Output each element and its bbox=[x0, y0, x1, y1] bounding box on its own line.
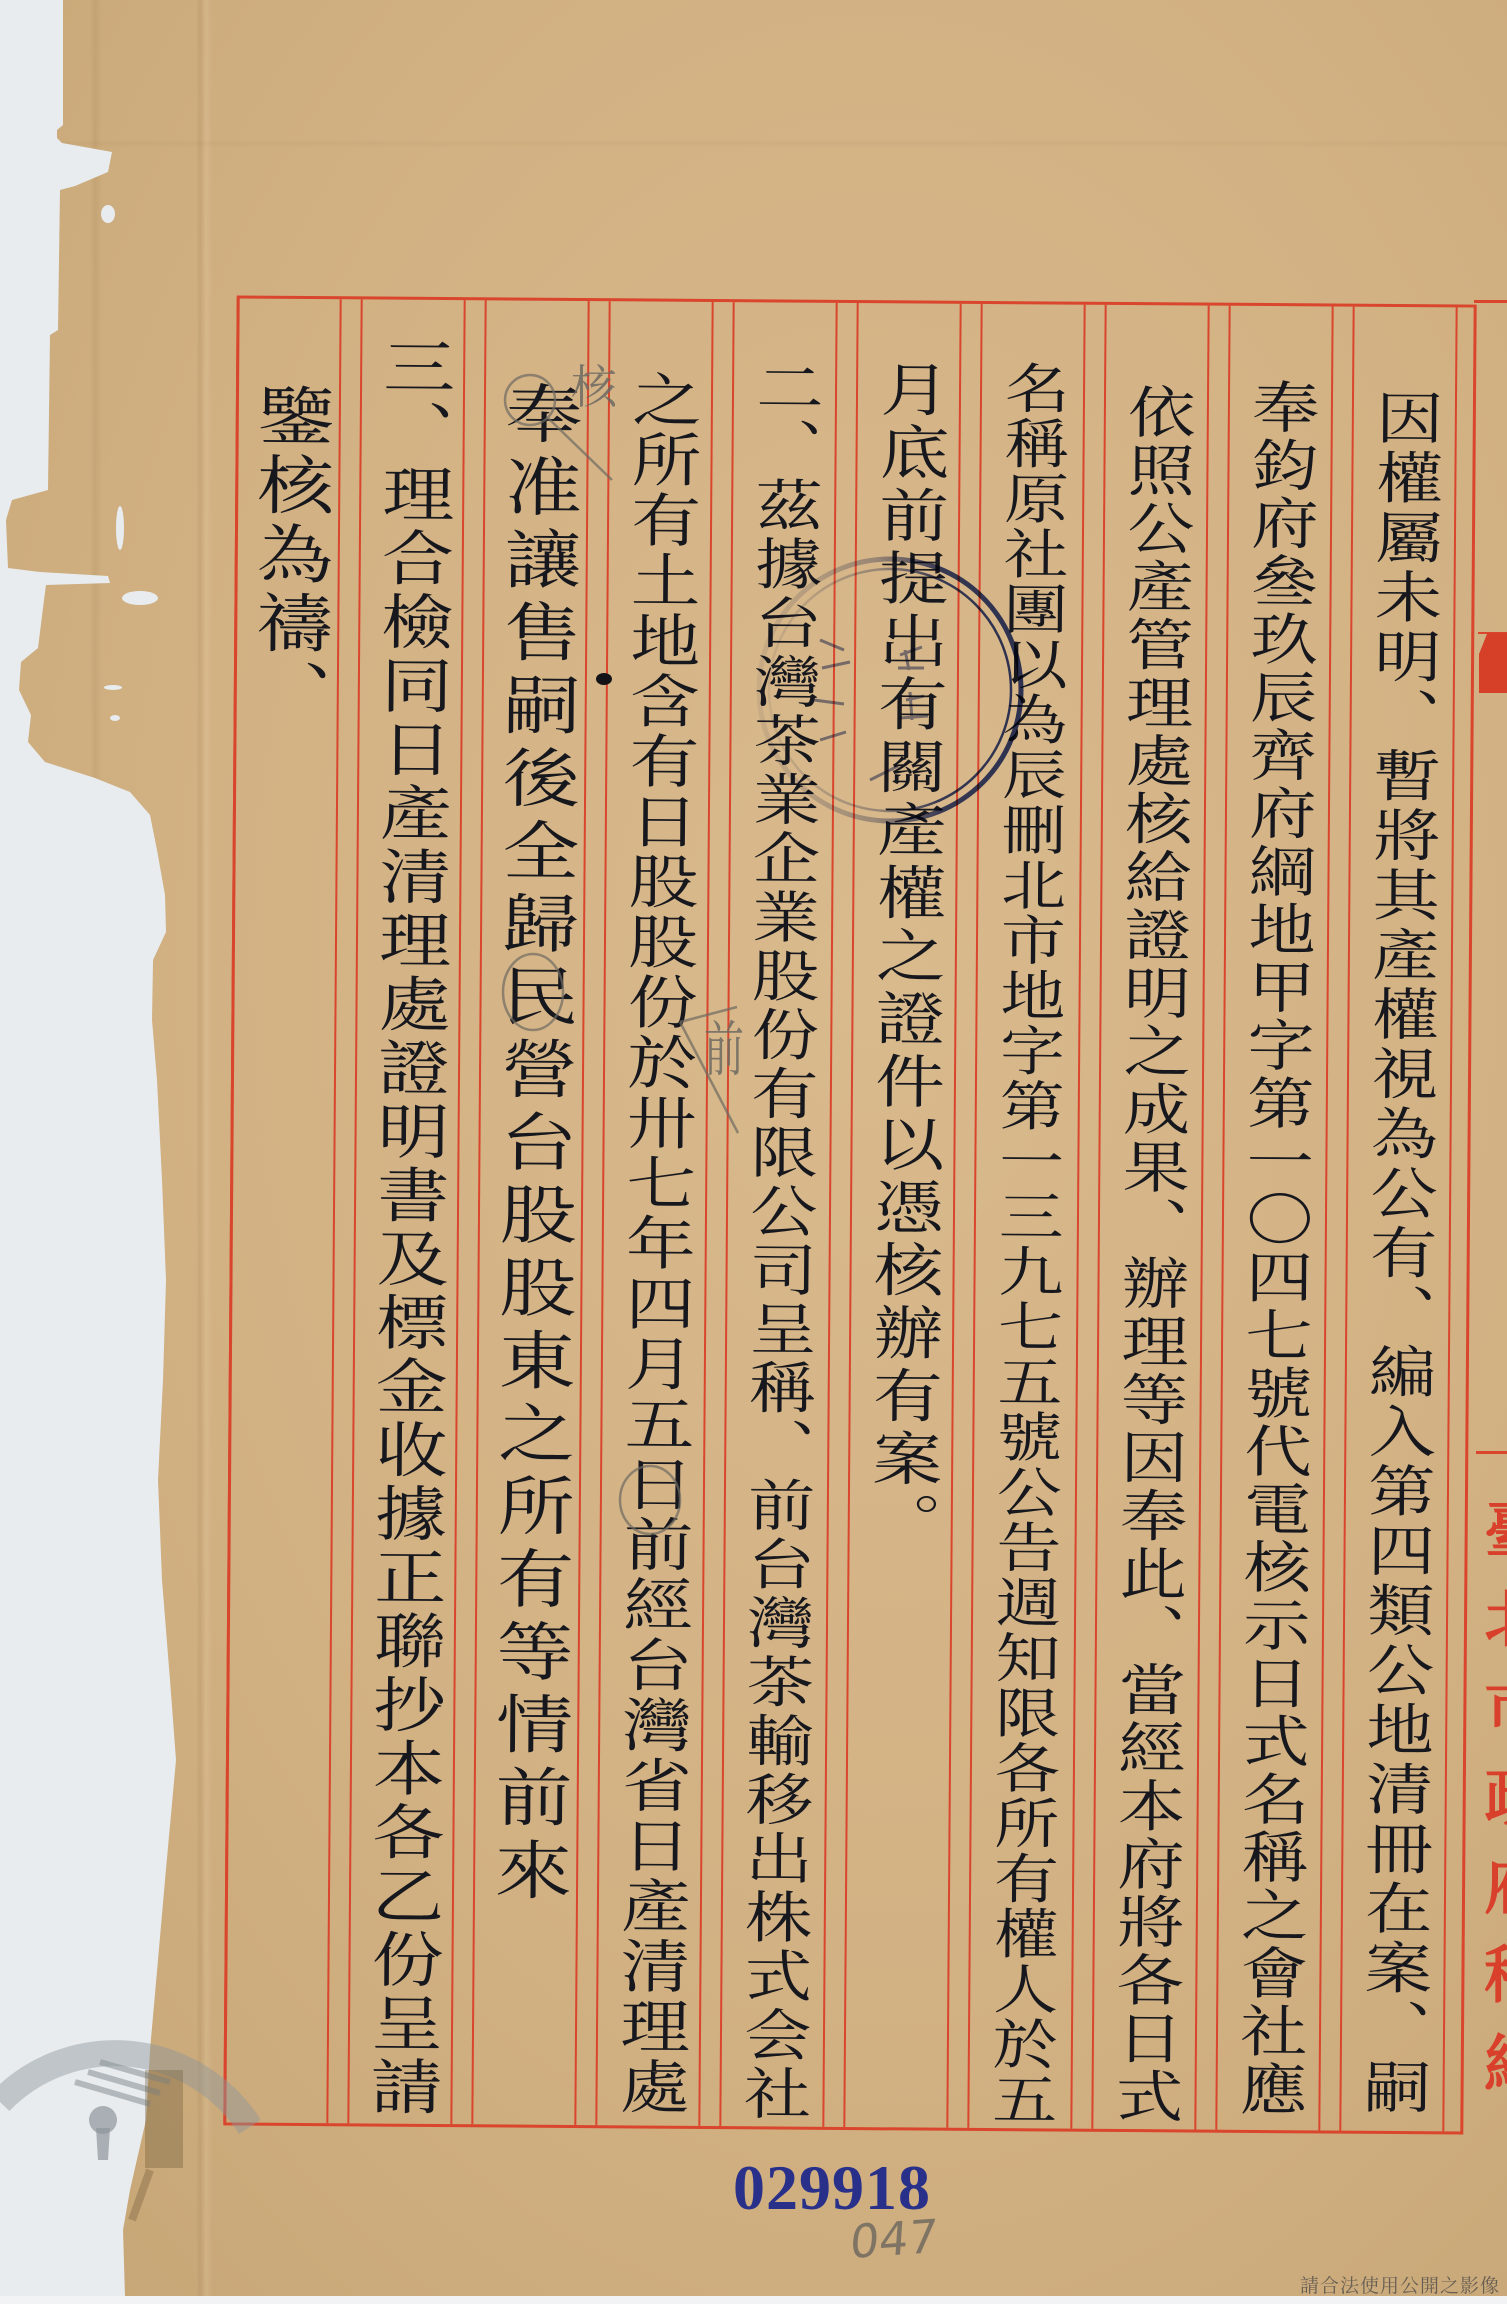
official-seal-stamp bbox=[750, 550, 1030, 830]
top-rule-extension bbox=[1474, 300, 1507, 303]
printed-letterhead: 臺北市政府稿紙 bbox=[1479, 1497, 1507, 2120]
text-column: 月底前提出有關產權之證件以憑核辦有案。 bbox=[837, 359, 972, 1550]
column-cell-9: 三、理合檢同日產清理處證明書及標金收據正聯抄本各乙份呈請 bbox=[347, 299, 465, 2124]
text-column: 奉准讓售嗣後全歸民營台股股東之所有等情前來 bbox=[462, 380, 599, 1901]
paper-hole bbox=[104, 685, 122, 690]
archive-logo-watermark bbox=[0, 2030, 260, 2250]
text-column: 依照公產管理處核給證明之成果、辦理等因奉此、當經本府將各日式 bbox=[1081, 383, 1220, 2124]
ink-dot bbox=[596, 673, 612, 685]
pencil-page-number: 047 bbox=[848, 2211, 939, 2267]
text-column: 三、理合檢同日產清理處證明書及標金收據正聯抄本各乙份呈請 bbox=[337, 335, 476, 2116]
column-cell-8: 奉准讓售嗣後全歸民營台股股東之所有等情前來 bbox=[471, 300, 589, 2125]
text-column: 鑒核為禱、 bbox=[223, 382, 351, 723]
scanned-document-page: 鑒核為禱、 三、理合檢同日產清理處證明書及標金收據正聯抄本各乙份呈請 奉准讓售嗣… bbox=[0, 0, 1507, 2304]
column-cell-3: 依照公產管理處核給證明之成果、辦理等因奉此、當經本府將各日式 bbox=[1091, 305, 1209, 2130]
column-cell-2: 奉鈞府叄玖辰齊府綱地甲字第一〇四七號代電核示日式名稱之會社應 bbox=[1215, 306, 1333, 2131]
column-cell-10: 鑒核為禱、 bbox=[223, 298, 341, 2123]
column-cell-7: 之所有土地含有日股股份於卅七年四月五日前經台灣省日產清理處 bbox=[595, 301, 713, 2126]
text-column: 因權屬未明、暫將其產權視為公有、編入第四類公地清冊在案、嗣 bbox=[1329, 389, 1468, 2115]
paper-hole bbox=[122, 591, 158, 605]
scan-margin bbox=[0, 2296, 1507, 2304]
text-column: 之所有土地含有日股股份於卅七年四月五日前經台灣省日產清理處 bbox=[585, 369, 724, 2115]
pencil-note-he: 核 bbox=[571, 362, 617, 412]
paper-hole bbox=[116, 506, 124, 550]
header-box-top-rule bbox=[1476, 1451, 1507, 1454]
pencil-note-qian: 前 bbox=[704, 1006, 744, 1096]
paper-hole bbox=[101, 205, 115, 223]
text-column: 奉鈞府叄玖辰齊府綱地甲字第一〇四七號代電核示日式名稱之會社應 bbox=[1205, 378, 1344, 2117]
column-cell-1: 因權屬未明、暫將其產權視為公有、編入第四類公地清冊在案、嗣 bbox=[1339, 307, 1457, 2132]
usage-watermark: 請合法使用公開之影像 bbox=[1300, 2276, 1500, 2296]
paper-hole bbox=[110, 715, 120, 721]
